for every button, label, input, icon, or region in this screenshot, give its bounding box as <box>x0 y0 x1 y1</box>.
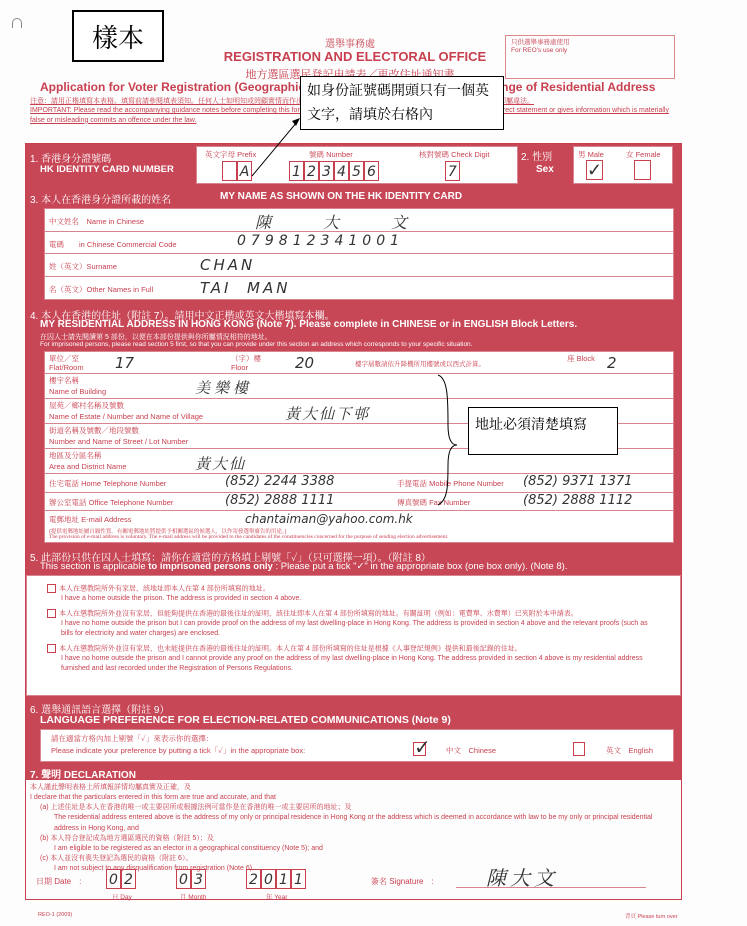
address-callout: 地址必須清楚填寫 <box>468 407 618 455</box>
callout-arrows <box>0 0 747 926</box>
